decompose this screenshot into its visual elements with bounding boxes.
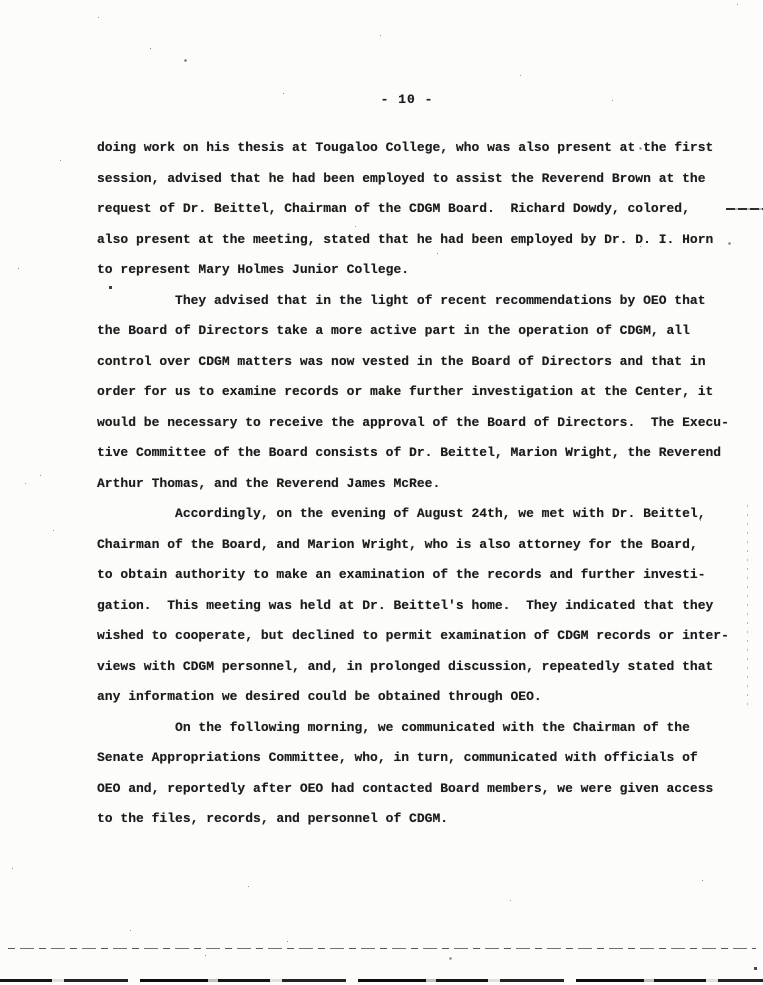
text-line: to obtain authority to make an examinati… [97,560,747,591]
text-line: any information we desired could be obta… [97,682,747,713]
text-line: doing work on his thesis at Tougaloo Col… [97,133,747,164]
text-line: the Board of Directors take a more activ… [97,316,747,347]
text-line: Chairman of the Board, and Marion Wright… [97,530,747,561]
text-line: also present at the meeting, stated that… [97,225,747,256]
text-line: On the following morning, we communicate… [97,713,747,744]
text-line: Accordingly, on the evening of August 24… [97,499,747,530]
text-line: session, advised that he had been employ… [97,164,747,195]
text-line: request of Dr. Beittel, Chairman of the … [97,194,747,225]
text-line: to represent Mary Holmes Junior College. [97,255,747,286]
document-page: - 10 - doing work on his thesis at Touga… [0,0,763,985]
text-line: order for us to examine records or make … [97,377,747,408]
scan-bottom-edge-line [0,979,763,982]
text-line: They advised that in the light of recent… [97,286,747,317]
scan-right-edge-dotted-line [747,505,748,705]
scan-dashed-fold-line [8,948,756,949]
text-line: gation. This meeting was held at Dr. Bei… [97,591,747,622]
scan-noise-speckles [0,0,1,1]
page-number: - 10 - [97,92,717,107]
text-line: Arthur Thomas, and the Reverend James Mc… [97,469,747,500]
text-line: OEO and, reportedly after OEO had contac… [97,774,747,805]
document-body: doing work on his thesis at Tougaloo Col… [97,133,747,835]
text-line: wished to cooperate, but declined to per… [97,621,747,652]
scan-right-margin-mark [726,208,763,210]
text-line: control over CDGM matters was now vested… [97,347,747,378]
text-line: would be necessary to receive the approv… [97,408,747,439]
text-line: Senate Appropriations Committee, who, in… [97,743,747,774]
text-line: to the files, records, and personnel of … [97,804,747,835]
text-line: views with CDGM personnel, and, in prolo… [97,652,747,683]
text-line: tive Committee of the Board consists of … [97,438,747,469]
